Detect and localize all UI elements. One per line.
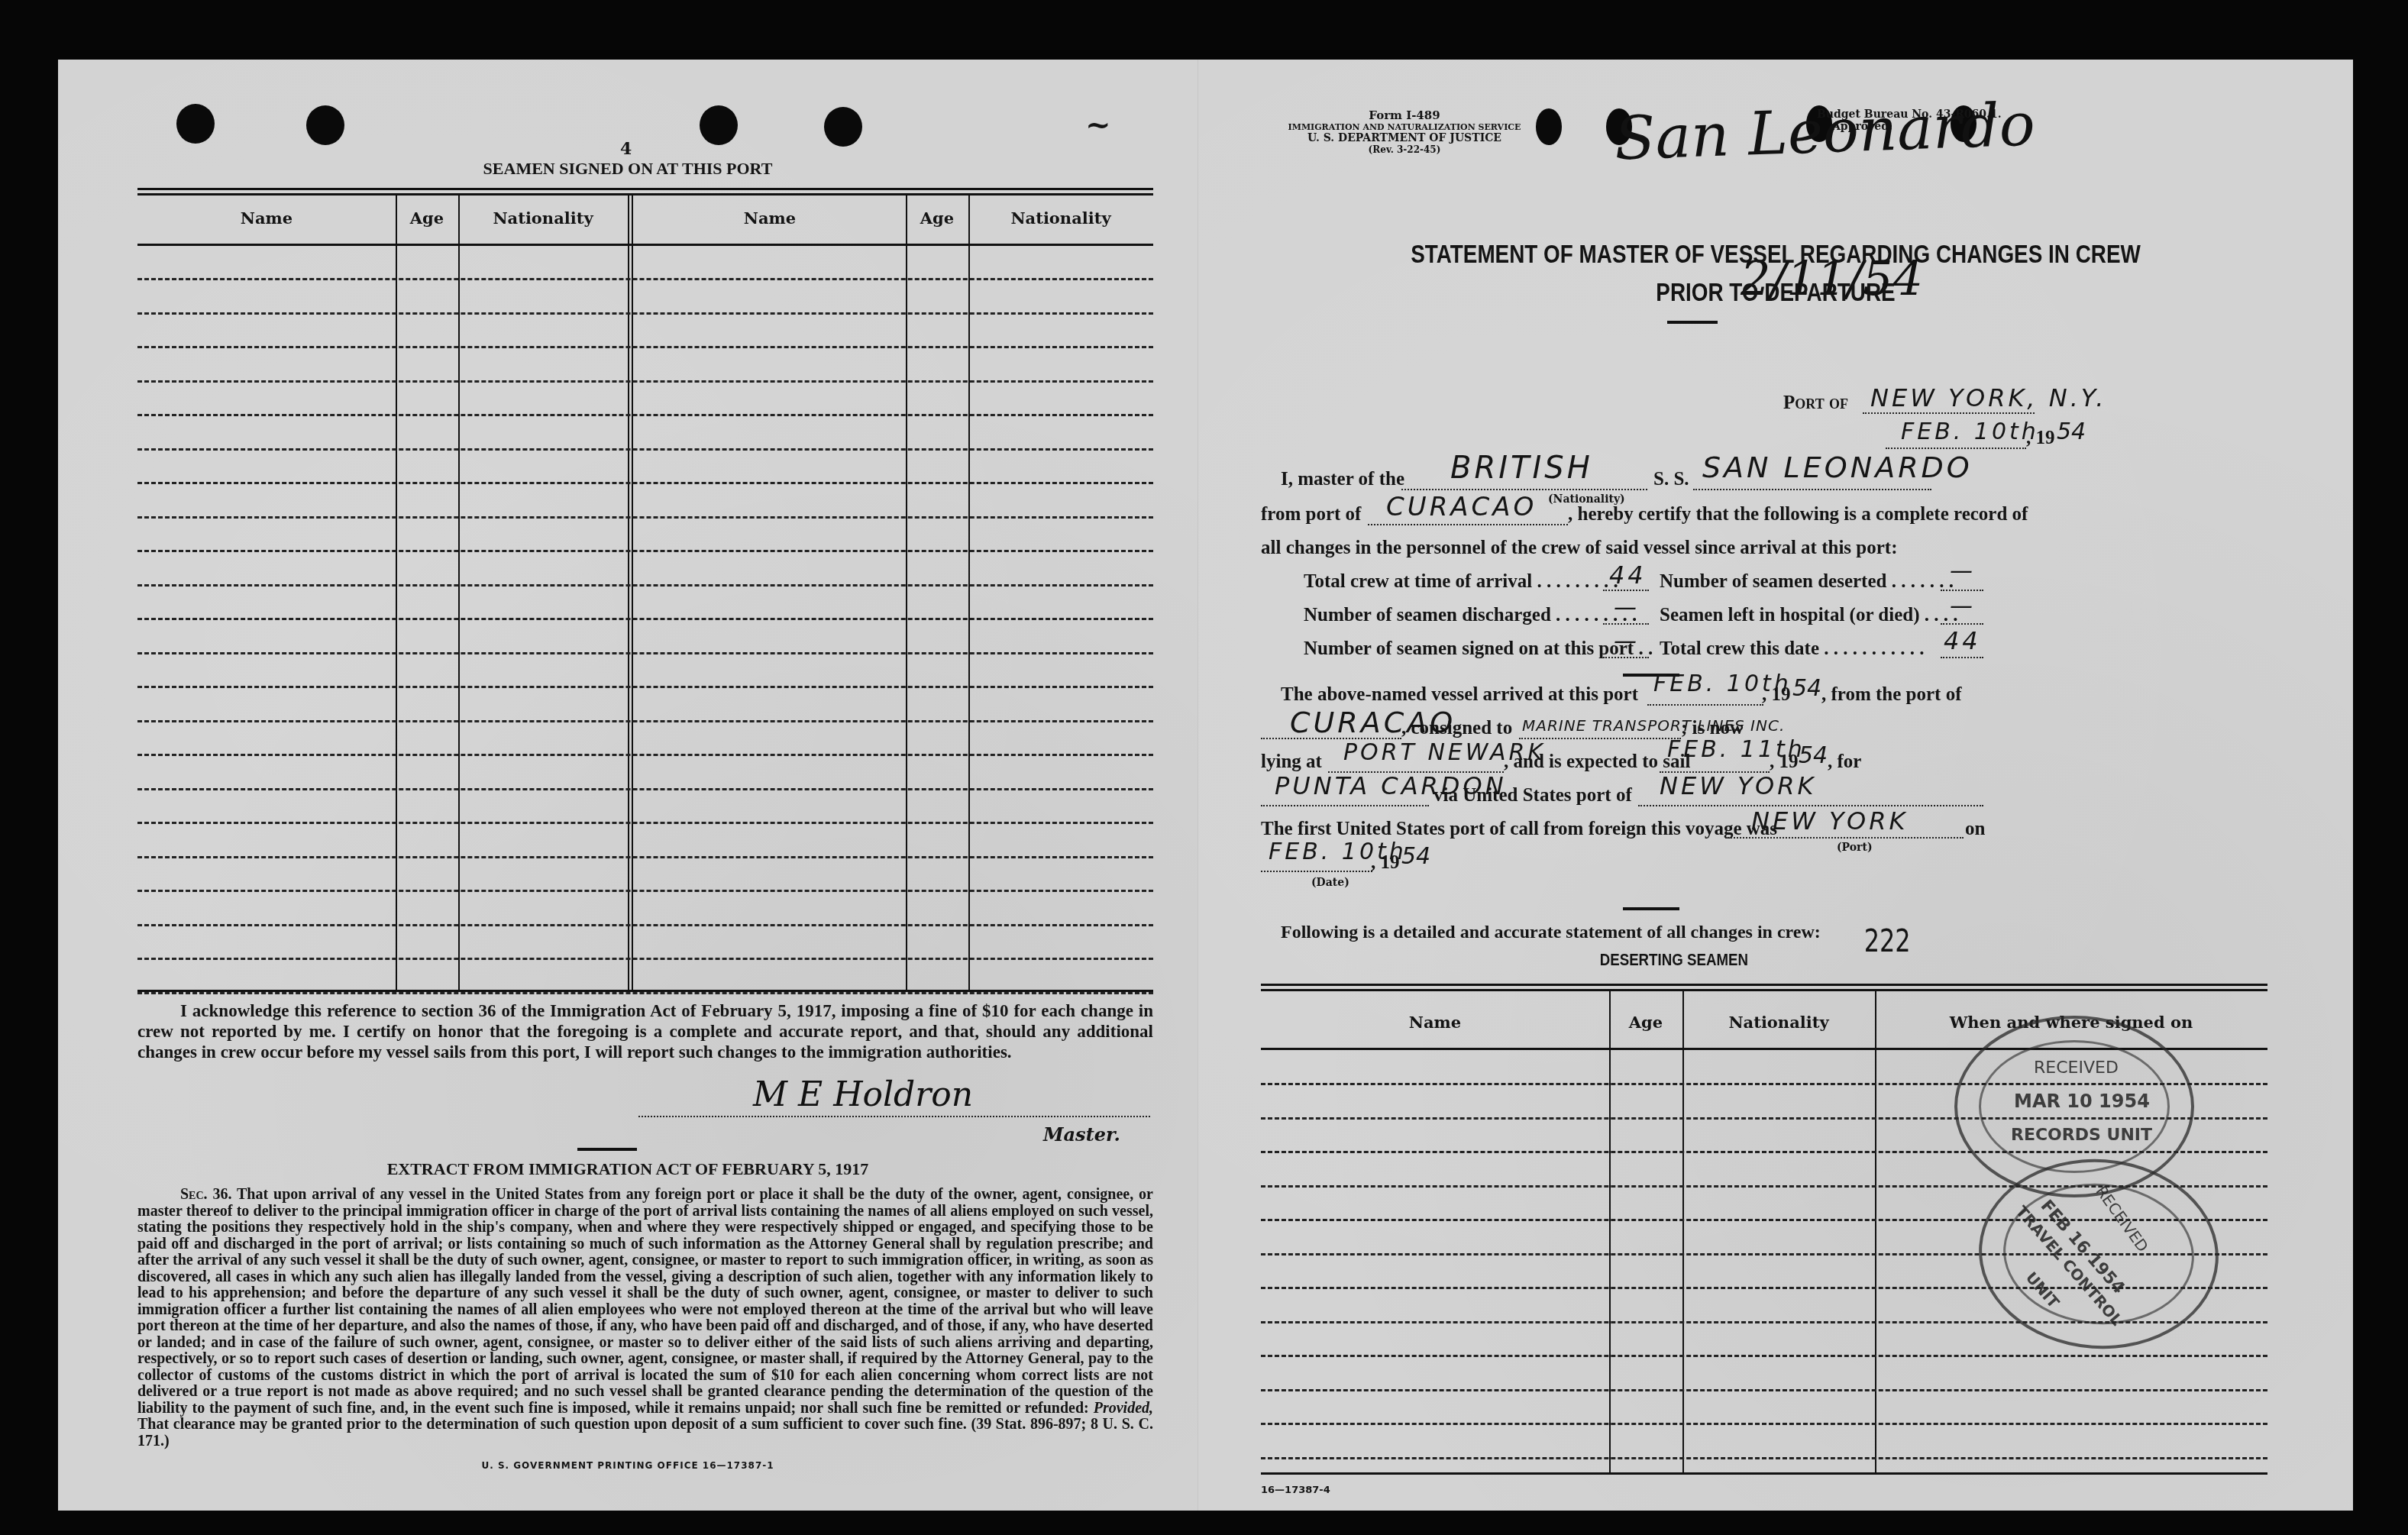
table-row bbox=[137, 686, 1153, 688]
first-port-value: NEW YORK bbox=[1751, 806, 1908, 835]
punch-hole bbox=[700, 105, 738, 145]
table-row bbox=[137, 516, 1153, 519]
deserted-field bbox=[1941, 590, 1983, 591]
total-arrival-value: 44 bbox=[1609, 561, 1647, 590]
extract-tail: That clearance may be granted prior to t… bbox=[137, 1416, 1153, 1449]
date-value: FEB. 10th bbox=[1901, 418, 2039, 445]
form-title: STATEMENT OF MASTER OF VESSEL REGARDING … bbox=[1302, 235, 2249, 312]
table-row bbox=[137, 448, 1153, 451]
corner-mark: ~ bbox=[1085, 107, 1111, 143]
table-row bbox=[137, 822, 1153, 824]
table-row bbox=[1261, 1423, 2267, 1425]
ship-name-value: SAN LEONARDO bbox=[1702, 451, 1973, 484]
sail-year: 54 bbox=[1799, 742, 1828, 769]
following-text: Following is a detailed and accurate sta… bbox=[1281, 923, 1821, 943]
signed-on-field bbox=[1603, 657, 1649, 658]
punch-hole bbox=[824, 107, 862, 147]
form-number: Form I-489 bbox=[1259, 108, 1550, 122]
for-label: , for bbox=[1828, 751, 1861, 773]
discharged-field bbox=[1603, 623, 1649, 625]
total-date-value: 44 bbox=[1944, 626, 1981, 655]
expected-sail-label: , and is expected to sail bbox=[1504, 751, 1690, 773]
col-age: Age bbox=[1609, 1013, 1682, 1032]
agency-line2: U. S. DEPARTMENT OF JUSTICE bbox=[1259, 132, 1550, 144]
left-page: 4 ~ SEAMEN SIGNED ON AT THIS PORT Name A… bbox=[58, 60, 1198, 1511]
hospital-field bbox=[1941, 623, 1983, 625]
arrived-year: 54 bbox=[1792, 675, 1821, 702]
certify-text: , hereby certify that the following is a… bbox=[1568, 504, 2028, 525]
first-port-label: The first United States port of call fro… bbox=[1261, 819, 1777, 840]
total-arrival-label: Total crew at time of arrival . . . . . … bbox=[1304, 571, 1618, 593]
table-row bbox=[137, 550, 1153, 552]
table-row bbox=[137, 312, 1153, 315]
col-nationality: Nationality bbox=[1682, 1013, 1875, 1032]
arrived-label: The above-named vessel arrived at this p… bbox=[1281, 684, 1638, 706]
arrived-date-field bbox=[1647, 704, 1763, 706]
divider bbox=[1623, 907, 1679, 910]
handwritten-vessel-name: San Leonardo bbox=[1614, 90, 2037, 173]
extract-lead: Sec. 36. bbox=[180, 1186, 231, 1203]
signed-on-value: — bbox=[1614, 628, 1640, 654]
table-row bbox=[137, 618, 1153, 620]
acknowledgement-text: I acknowledge this reference to section … bbox=[137, 1000, 1153, 1062]
table-row bbox=[1261, 1389, 2267, 1391]
first-port-date-field bbox=[1261, 871, 1372, 872]
revision: (Rev. 3-22-45) bbox=[1259, 144, 1550, 155]
from-port-field bbox=[1368, 524, 1568, 525]
first-port-year-prefix: , 19 bbox=[1371, 852, 1400, 874]
punch-hole bbox=[306, 105, 344, 145]
table-row bbox=[137, 584, 1153, 587]
signed-on-label: Number of seamen signed on at this port … bbox=[1304, 638, 1653, 660]
table-row bbox=[137, 380, 1153, 383]
stamp-records-unit: RECORDS UNIT bbox=[2011, 1126, 2152, 1145]
col-nationality-2: Nationality bbox=[968, 208, 1153, 228]
deserted-label: Number of seamen deserted . . . . . . . bbox=[1660, 571, 1954, 593]
hospital-value: — bbox=[1950, 593, 1976, 619]
agency-line1: Immigration and Naturalization Service bbox=[1259, 122, 1550, 132]
port-caption: (Port) bbox=[1837, 842, 1873, 854]
signature-line bbox=[638, 1116, 1150, 1117]
hospital-label: Seamen left in hospital (or died) . . . … bbox=[1660, 605, 1958, 626]
table-row bbox=[1261, 1355, 2267, 1357]
stamp-received: RECEIVED bbox=[2034, 1058, 2119, 1078]
extract-title: EXTRACT FROM IMMIGRATION ACT OF FEBRUARY… bbox=[58, 1159, 1198, 1179]
extract-text: That upon arrival of any vessel in the U… bbox=[137, 1186, 1153, 1417]
printer-code: 16—17387-4 bbox=[1261, 1485, 1330, 1496]
port-value: NEW YORK, N.Y. bbox=[1870, 383, 2106, 412]
right-page: Form I-489 Immigration and Naturalizatio… bbox=[1198, 60, 2353, 1511]
destination-field bbox=[1261, 805, 1429, 806]
table-row bbox=[137, 856, 1153, 858]
table-row bbox=[1261, 1457, 2267, 1459]
date-year-prefix: , 19 bbox=[2026, 428, 2055, 449]
via-port: NEW YORK bbox=[1660, 771, 1816, 800]
discharged-value: — bbox=[1614, 594, 1640, 621]
deserting-title: DESERTING SEAMEN bbox=[1281, 950, 1748, 970]
punch-hole bbox=[1536, 108, 1562, 145]
ss-label: S. S. bbox=[1653, 469, 1689, 490]
master-of-label: I, master of the bbox=[1281, 469, 1404, 490]
punch-hole bbox=[176, 104, 215, 144]
stamp-number: 222 bbox=[1864, 924, 1911, 959]
printer-line: U. S. GOVERNMENT PRINTING OFFICE 16—1738… bbox=[58, 1460, 1198, 1471]
from-port-label: from port of bbox=[1261, 504, 1361, 525]
extract-body: Sec. 36. That upon arrival of any vessel… bbox=[137, 1187, 1153, 1449]
total-date-label: Total crew this date . . . . . . . . . .… bbox=[1660, 638, 1925, 660]
table-row bbox=[137, 482, 1153, 484]
col-name: Name bbox=[1261, 1013, 1609, 1032]
date-caption: (Date) bbox=[1311, 877, 1349, 889]
arrived-year-prefix: , 19 bbox=[1762, 684, 1791, 706]
title-line1: STATEMENT OF MASTER OF VESSEL REGARDING … bbox=[1302, 235, 2249, 273]
ship-name-field bbox=[1693, 489, 1931, 490]
deserted-value: — bbox=[1950, 557, 1976, 584]
extract-provided: Provided, bbox=[1094, 1400, 1153, 1417]
discharged-label: Number of seamen discharged . . . . . . … bbox=[1304, 605, 1637, 626]
on-label: on bbox=[1965, 819, 1985, 840]
col-name-2: Name bbox=[634, 208, 906, 228]
table-row bbox=[137, 788, 1153, 790]
date-field bbox=[1886, 448, 2026, 449]
first-port-year: 54 bbox=[1401, 843, 1430, 870]
consigned-label: , consigned to bbox=[1401, 718, 1512, 739]
first-port-field bbox=[1725, 837, 1964, 839]
col-age: Age bbox=[396, 208, 458, 228]
sail-year-prefix: , 19 bbox=[1770, 751, 1799, 773]
lying-at-label: lying at bbox=[1261, 751, 1322, 773]
section-title: SEAMEN SIGNED ON AT THIS PORT bbox=[58, 159, 1198, 179]
col-nationality: Nationality bbox=[458, 208, 628, 228]
table-row bbox=[137, 754, 1153, 756]
date-year: 54 bbox=[2057, 418, 2086, 445]
master-signature: M E Holdron bbox=[753, 1075, 973, 1114]
certify-text2: all changes in the personnel of the crew… bbox=[1261, 538, 1898, 559]
from-the-port-of: , from the port of bbox=[1821, 684, 1962, 706]
col-name: Name bbox=[137, 208, 396, 228]
master-label: Master. bbox=[1043, 1123, 1120, 1146]
port-label: Port of bbox=[1783, 393, 1848, 414]
consignee-value: MARINE TRANSPORT LINES INC. bbox=[1522, 716, 1785, 735]
table-row bbox=[137, 924, 1153, 926]
nationality-value: BRITISH bbox=[1450, 451, 1593, 486]
table-row bbox=[137, 346, 1153, 348]
page-number: 4 bbox=[620, 139, 632, 159]
via-label: via United States port of bbox=[1433, 785, 1632, 806]
table-row bbox=[137, 278, 1153, 280]
total-arrival-field bbox=[1603, 590, 1649, 591]
table-row bbox=[137, 720, 1153, 722]
from-port-value: CURACAO bbox=[1386, 492, 1537, 522]
divider bbox=[577, 1148, 637, 1151]
table-row bbox=[137, 652, 1153, 654]
port-field bbox=[1863, 412, 2035, 414]
total-date-field bbox=[1941, 657, 1983, 658]
title-line2: PRIOR TO DEPARTURE bbox=[1302, 273, 2249, 312]
table-row bbox=[137, 890, 1153, 892]
divider bbox=[1667, 321, 1718, 324]
nationality-field bbox=[1401, 489, 1647, 490]
col-age-2: Age bbox=[906, 208, 968, 228]
stamp-records-date: MAR 10 1954 bbox=[2014, 1091, 2150, 1112]
table-row bbox=[137, 414, 1153, 416]
table-row bbox=[137, 958, 1153, 960]
form-header: Form I-489 Immigration and Naturalizatio… bbox=[1259, 108, 1550, 155]
